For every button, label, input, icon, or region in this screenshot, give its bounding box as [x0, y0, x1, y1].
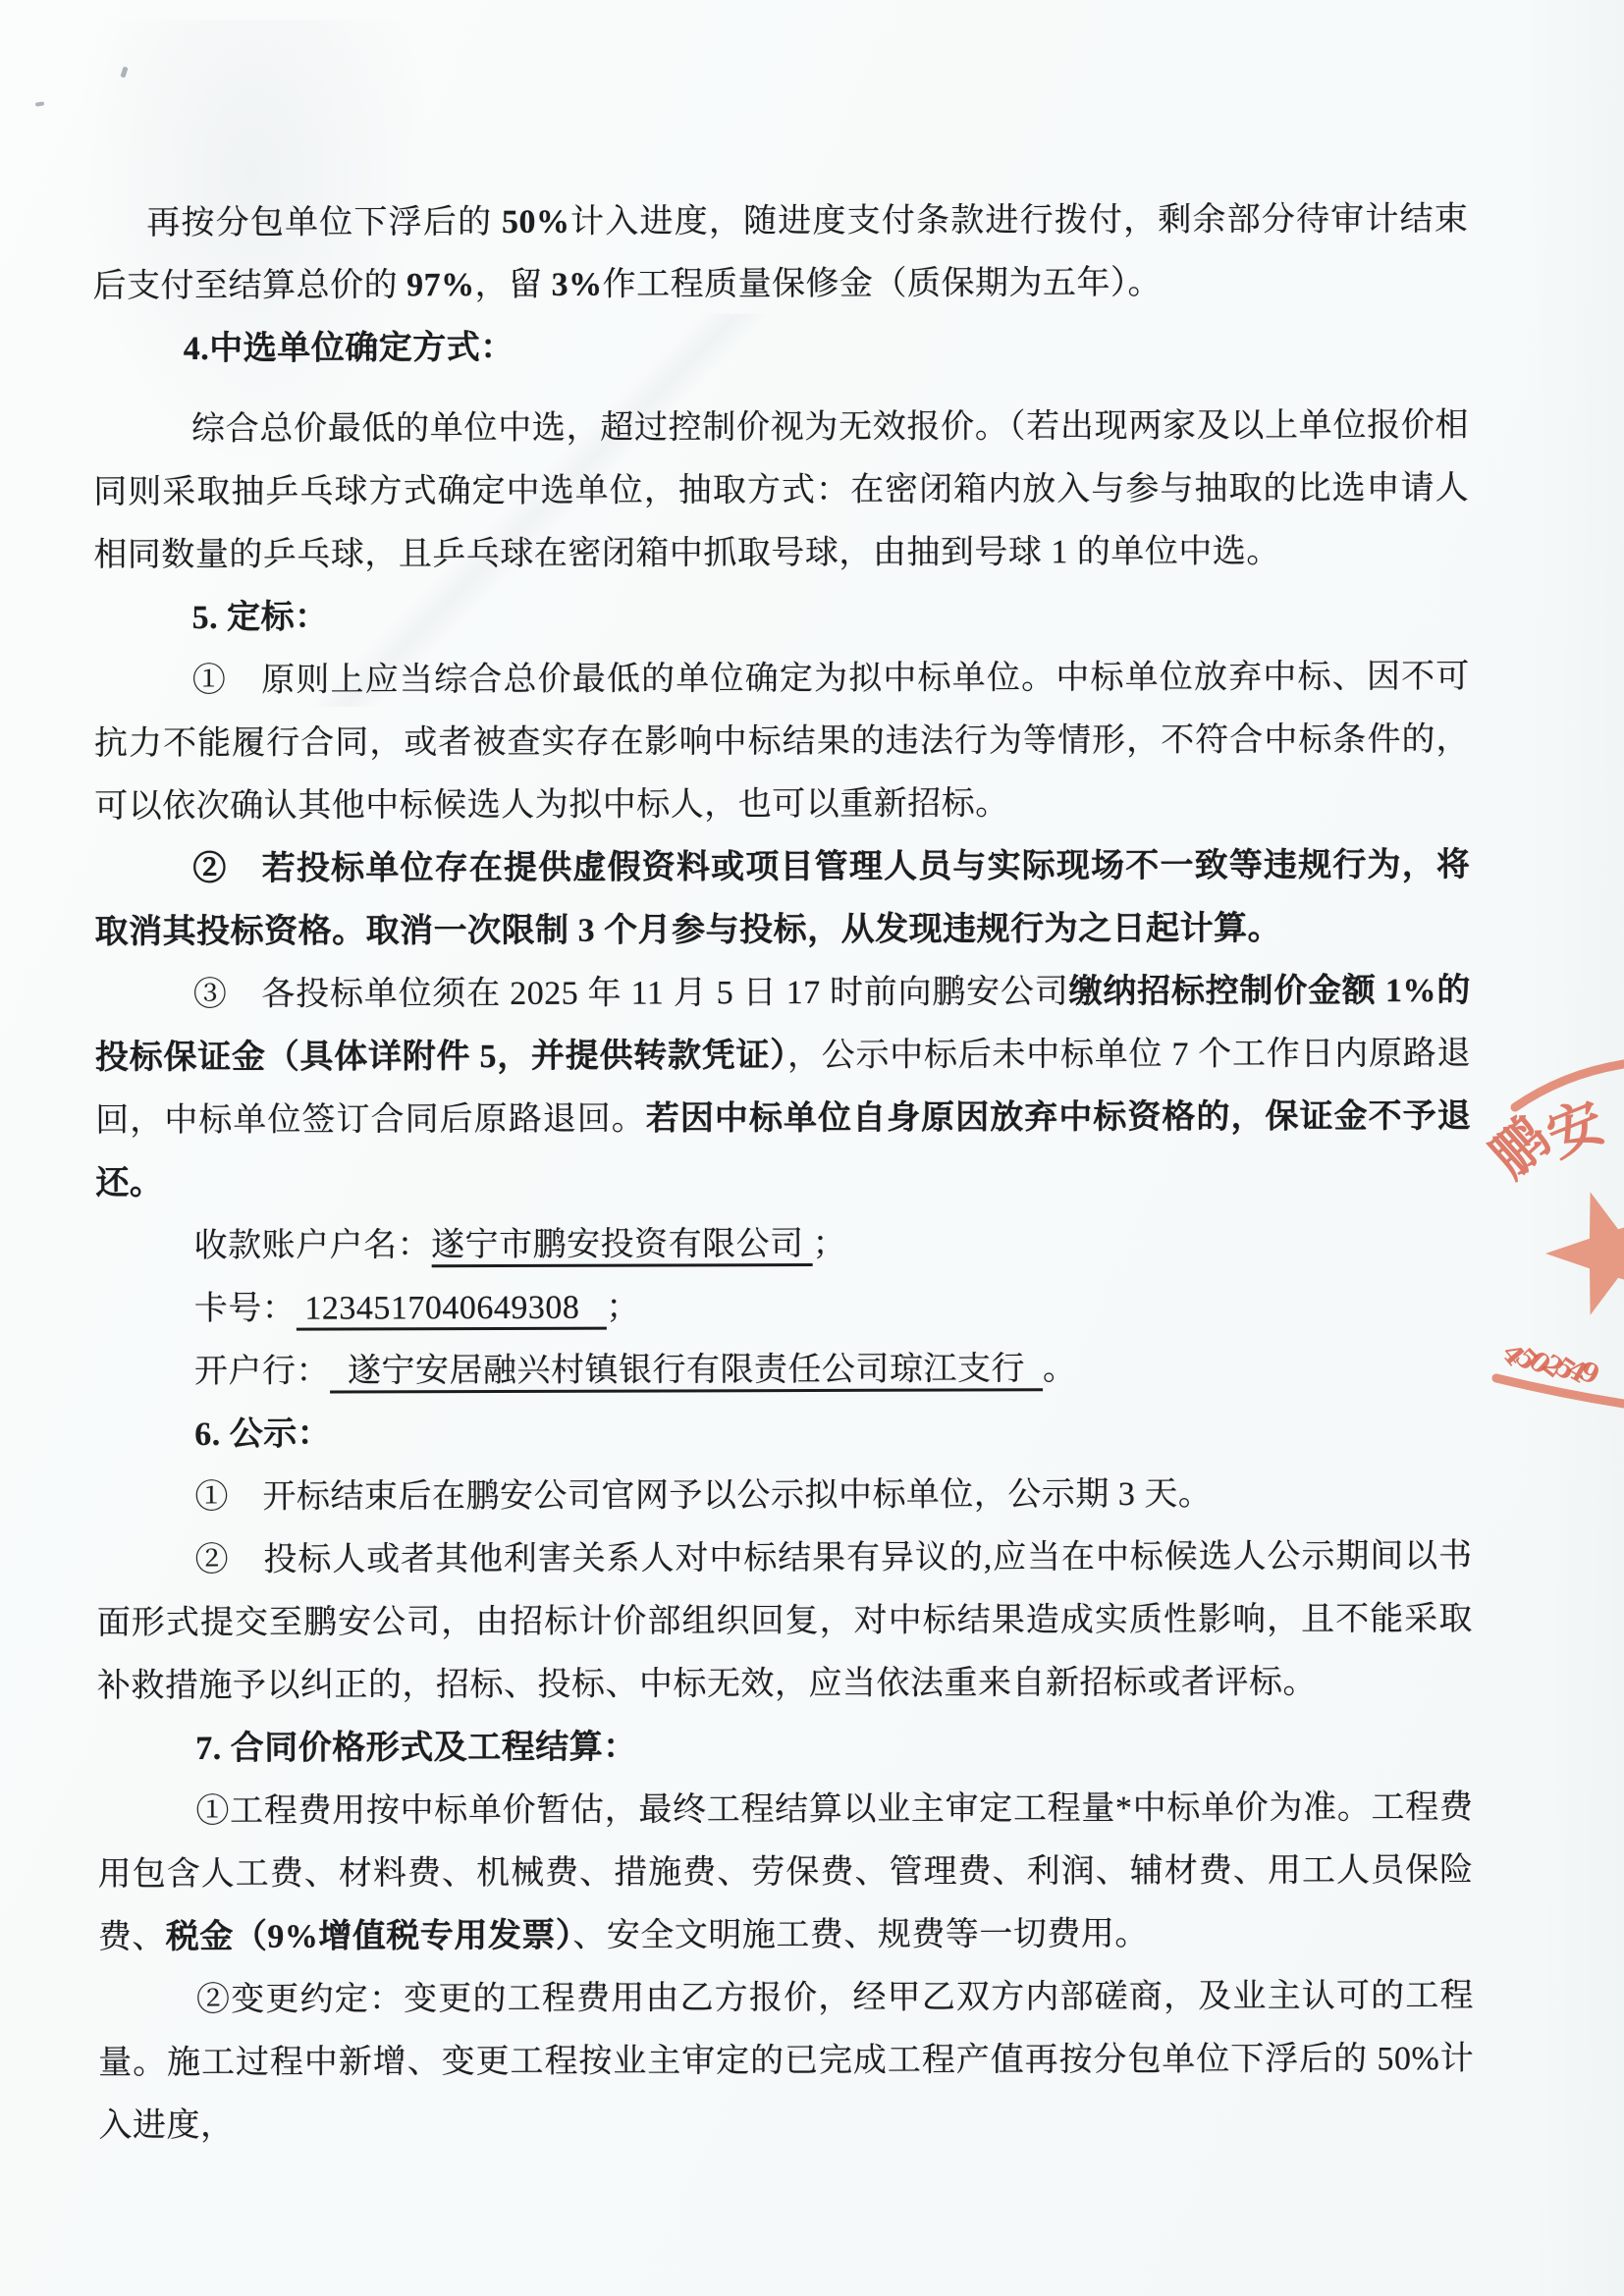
text-segment: ，留 — [474, 267, 551, 303]
text-segment: 收款账户户名： — [194, 1227, 432, 1264]
para-publicity-1: ① 开标结束后在鹏安公司官网予以公示拟中标单位，公示期 3 天。 — [96, 1463, 1472, 1529]
scanned-document-page: 再按分包单位下浮后的 50%计入进度，随进度支付条款进行拨付，剩余部分待审计结束… — [0, 0, 1624, 2296]
heading-section-7: 7. 合同价格形式及工程结算： — [97, 1714, 1473, 1781]
field-account-name: 收款账户户名：遂宁市鹏安投资有限公司 ； — [96, 1211, 1472, 1278]
para-award-1: ① 原则上应当综合总价最低的单位确定为拟中标单位。中标单位放弃中标、因不可抗力不… — [94, 646, 1471, 838]
text-segment: ① 开标结束后在鹏安公司官网予以公示拟中标单位，公示期 3 天。 — [194, 1476, 1212, 1516]
field-bank: 开户行： 遂宁安居融兴村镇银行有限责任公司琼江支行 。 — [96, 1337, 1472, 1404]
text-segment: 。 — [1043, 1351, 1077, 1387]
para-price-1: ①工程费用按中标单价暂估，最终工程结算以业主审定工程量*中标单价为准。工程费用包… — [97, 1777, 1474, 1969]
heading-section-4: 4.中选单位确定方式： — [93, 314, 1469, 381]
text-segment: 6. 公示： — [194, 1416, 331, 1453]
text-segment: 开户行： — [194, 1354, 330, 1390]
text-segment: 5. 定标： — [192, 600, 329, 636]
text-segment: 、安全文明施工费、规费等一切费用。 — [572, 1916, 1149, 1954]
text-segment: ； — [813, 1226, 847, 1262]
text-segment: 7. 合同价格形式及工程结算： — [195, 1730, 637, 1767]
text-segment: ② 若投标单位存在提供虚假资料或项目管理人员与实际现场不一致等违规行为，将取消其… — [95, 847, 1471, 950]
text-segment: ① 原则上应当综合总价最低的单位确定为拟中标单位。中标单位放弃中标、因不可抗力不… — [94, 659, 1470, 825]
para-award-2: ② 若投标单位存在提供虚假资料或项目管理人员与实际现场不一致等违规行为，将取消其… — [94, 834, 1470, 964]
text-segment: ③ 各投标单位须在 2025 年 11 月 5 日 17 时前向鹏安公司 — [193, 974, 1069, 1013]
text-segment: ② 投标人或者其他利害关系人对中标结果有异议的,应当在中标候选人公示期间以书面形… — [97, 1538, 1473, 1704]
heading-section-5: 5. 定标： — [93, 583, 1469, 650]
document-body: 再按分包单位下浮后的 50%计入进度，随进度支付条款进行拨付，剩余部分待审计结束… — [0, 0, 1624, 2159]
para-price-2: ②变更约定：变更的工程费用由乙方报价，经甲乙双方内部磋商，及业主认可的工程量。施… — [98, 1965, 1475, 2158]
text-segment: 97% — [406, 267, 475, 303]
text-segment: 3% — [551, 267, 602, 303]
para-award-3-deposit: ③ 各投标单位须在 2025 年 11 月 5 日 17 时前向鹏安公司缴纳招标… — [95, 960, 1472, 1215]
text-segment: 4.中选单位确定方式： — [184, 330, 514, 367]
heading-section-6: 6. 公示： — [96, 1400, 1472, 1467]
text-segment: 再按分包单位下浮后的 — [146, 204, 502, 241]
text-segment: 税金（9%增值税专用发票） — [166, 1918, 573, 1955]
text-segment: 综合总价最低的单位中选，超过控制价视为无效报价。（若出现两家及以上单位报价相同则… — [93, 407, 1469, 573]
text-segment: 50% — [502, 204, 570, 240]
underlined-value: 遂宁市鹏安投资有限公司 — [431, 1226, 813, 1267]
text-segment: ； — [606, 1290, 640, 1326]
para-publicity-2: ② 投标人或者其他利害关系人对中标结果有异议的,应当在中标候选人公示期间以书面形… — [97, 1525, 1474, 1718]
field-card-number: 卡号： 1234517040649308 ； — [96, 1274, 1472, 1341]
text-segment: ②变更约定：变更的工程费用由乙方报价，经甲乙双方内部磋商，及业主认可的工程量。施… — [98, 1978, 1474, 2144]
text-segment: 卡号： — [194, 1291, 297, 1327]
text-segment: 作工程质量保修金（质保期为五年）。 — [602, 265, 1162, 303]
para-payment-continuation: 再按分包单位下浮后的 50%计入进度，随进度支付条款进行拨付，剩余部分待审计结束… — [92, 188, 1468, 318]
para-selection-rule: 综合总价最低的单位中选，超过控制价视为无效报价。（若出现两家及以上单位报价相同则… — [93, 395, 1470, 587]
underlined-value: 1234517040649308 — [296, 1290, 606, 1331]
underlined-value: 遂宁安居融兴村镇银行有限责任公司琼江支行 — [330, 1351, 1043, 1393]
